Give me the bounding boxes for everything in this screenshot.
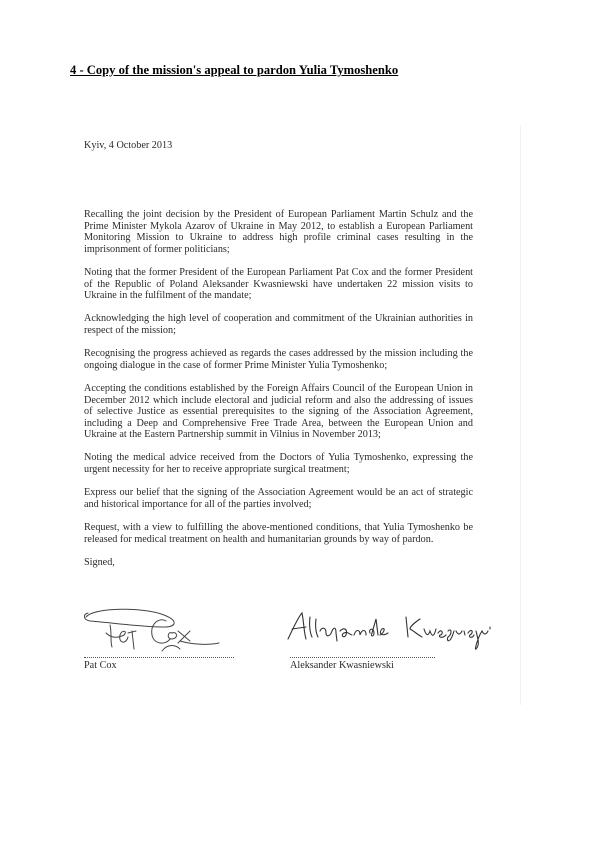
signature-line — [84, 657, 234, 658]
clause-request: Request, with a view to fulfilling the a… — [84, 522, 473, 545]
clause-recognising: Recognising the progress achieved as reg… — [84, 348, 473, 371]
clause-acknowledging: Acknowledging the high level of cooperat… — [84, 313, 473, 336]
place-and-date: Kyiv, 4 October 2013 — [84, 140, 473, 152]
signature-block-kwasniewski: Aleksander Kwasniewski — [282, 605, 502, 671]
clause-noting-visits: Noting that the former President of the … — [84, 267, 473, 302]
clause-recalling: Recalling the joint decision by the Pres… — [84, 209, 473, 255]
section-heading: 4 - Copy of the mission's appeal to pard… — [70, 63, 398, 78]
scan-edge-line — [520, 125, 521, 705]
signature-kwasniewski-icon — [282, 605, 502, 655]
signature-block-pat-cox: Pat Cox — [84, 605, 269, 671]
clause-express: Express our belief that the signing of t… — [84, 487, 473, 510]
clause-noting-medical: Noting the medical advice received from … — [84, 452, 473, 475]
signed-label: Signed, — [84, 557, 473, 569]
signature-line — [290, 657, 435, 658]
signatory-name: Aleksander Kwasniewski — [290, 660, 502, 671]
signature-pat-cox-icon — [84, 605, 269, 655]
signatory-name: Pat Cox — [84, 660, 269, 671]
letter-header: Kyiv, 4 October 2013 — [84, 140, 473, 152]
clause-accepting: Accepting the conditions established by … — [84, 383, 473, 441]
letter-body: Recalling the joint decision by the Pres… — [84, 209, 473, 568]
